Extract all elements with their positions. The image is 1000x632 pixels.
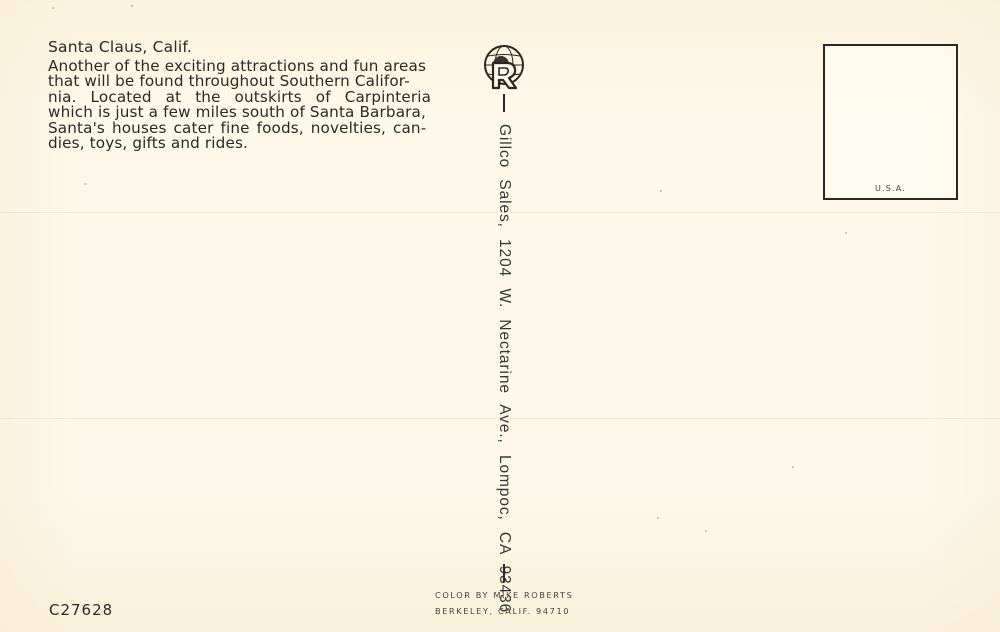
catalog-number: C27628 bbox=[49, 601, 113, 619]
postcard-back: Santa Claus, Calif. Another of the excit… bbox=[0, 0, 1000, 632]
color-credit: COLOR BY MIKE ROBERTS BERKELEY, CALIF. 9… bbox=[435, 588, 573, 619]
paper-speck bbox=[52, 7, 54, 9]
postcard-title: Santa Claus, Calif. bbox=[48, 38, 192, 56]
stamp-country-label: U.S.A. bbox=[825, 184, 956, 193]
color-credit-line: COLOR BY MIKE ROBERTS bbox=[435, 588, 573, 604]
divider-tick bbox=[503, 94, 505, 112]
paper-speck bbox=[705, 530, 707, 532]
paper-speck bbox=[131, 5, 133, 7]
postcard-description: Another of the exciting attractions and … bbox=[48, 59, 475, 151]
color-credit-line: BERKELEY, CALIF. 94710 bbox=[435, 604, 573, 620]
publisher-address: Gillco Sales, 1204 W. Nectarine Ave., Lo… bbox=[495, 124, 513, 613]
description-line: dies, toys, gifts and rides. bbox=[48, 136, 475, 151]
paper-speck bbox=[660, 190, 662, 192]
paper-speck bbox=[84, 183, 86, 185]
publisher-imprint: Gillco Sales, 1204 W. Nectarine Ave., Lo… bbox=[481, 92, 527, 587]
globe-r-logo-icon bbox=[481, 44, 527, 90]
stamp-box: U.S.A. bbox=[823, 44, 958, 200]
divider-tick bbox=[503, 564, 505, 582]
paper-speck bbox=[657, 517, 659, 519]
paper-speck bbox=[792, 466, 794, 468]
paper-speck bbox=[845, 232, 847, 234]
